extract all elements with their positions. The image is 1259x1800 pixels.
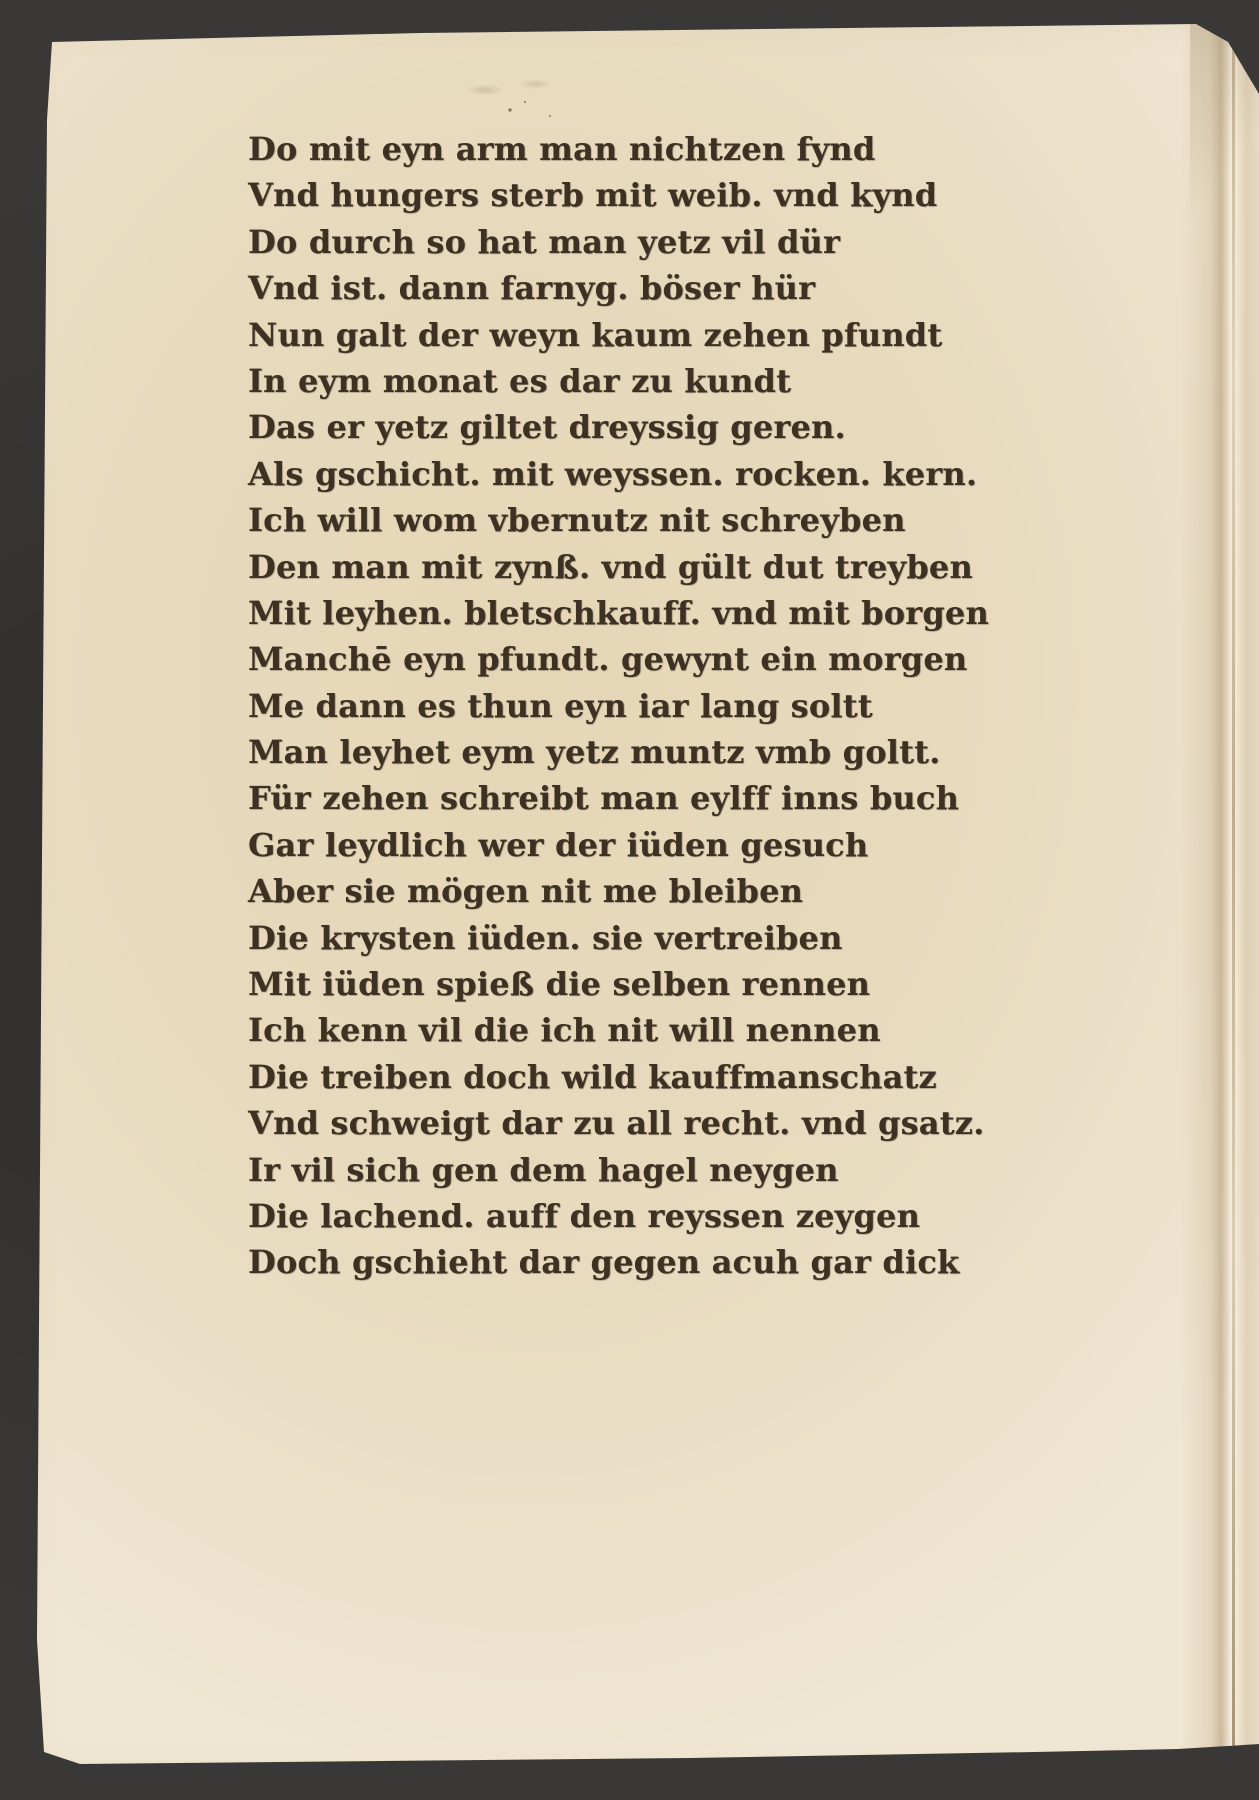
text-line: Manchē eyn pfundt. gewynt ein morgen xyxy=(248,636,1028,682)
poem-text-block: Do mit eyn arm man nichtzen fyndVnd hung… xyxy=(248,126,1028,1286)
text-line: Do mit eyn arm man nichtzen fynd xyxy=(248,126,1028,172)
text-line: Ich will wom vbernutz nit schreyben xyxy=(248,497,1028,543)
text-line: Nun galt der weyn kaum zehen pfundt xyxy=(248,312,1028,358)
scan-background: Do mit eyn arm man nichtzen fyndVnd hung… xyxy=(0,0,1259,1800)
text-line: Ir vil sich gen dem hagel neygen xyxy=(248,1147,1028,1193)
text-line: Als gschicht. mit weyssen. rocken. kern. xyxy=(248,451,1028,497)
text-line: Vnd hungers sterb mit weib. vnd kynd xyxy=(248,172,1028,218)
page-crease xyxy=(1180,0,1259,1800)
text-line: Die treiben doch wild kauffmanschatz xyxy=(248,1054,1028,1100)
page-corner-shadow xyxy=(1190,20,1259,240)
text-line: In eym monat es dar zu kundt xyxy=(248,358,1028,404)
page-crease-line xyxy=(1232,30,1235,1770)
text-line: Man leyhet eym yetz muntz vmb goltt. xyxy=(248,729,1028,775)
text-line: Das er yetz giltet dreyssig geren. xyxy=(248,404,1028,450)
text-line: Me dann es thun eyn iar lang soltt xyxy=(248,683,1028,729)
text-line: Mit iüden spieß die selben rennen xyxy=(248,961,1028,1007)
text-line: Mit leyhen. bletschkauff. vnd mit borgen xyxy=(248,590,1028,636)
text-line: Vnd schweigt dar zu all recht. vnd gsatz… xyxy=(248,1100,1028,1146)
text-line: Doch gschieht dar gegen acuh gar dick xyxy=(248,1239,1028,1285)
text-line: Die lachend. auff den reyssen zeygen xyxy=(248,1193,1028,1239)
text-line: Aber sie mögen nit me bleiben xyxy=(248,868,1028,914)
text-line: Vnd ist. dann farnyg. böser hür xyxy=(248,265,1028,311)
book-page: Do mit eyn arm man nichtzen fyndVnd hung… xyxy=(0,0,1259,1800)
text-line: Do durch so hat man yetz vil dür xyxy=(248,219,1028,265)
text-line: Gar leydlich wer der iüden gesuch xyxy=(248,822,1028,868)
text-line: Die krysten iüden. sie vertreiben xyxy=(248,915,1028,961)
text-line: Für zehen schreibt man eylff inns buch xyxy=(248,775,1028,821)
ink-smudge xyxy=(440,72,570,122)
text-line: Ich kenn vil die ich nit will nennen xyxy=(248,1007,1028,1053)
text-line: Den man mit zynß. vnd gült dut treyben xyxy=(248,544,1028,590)
